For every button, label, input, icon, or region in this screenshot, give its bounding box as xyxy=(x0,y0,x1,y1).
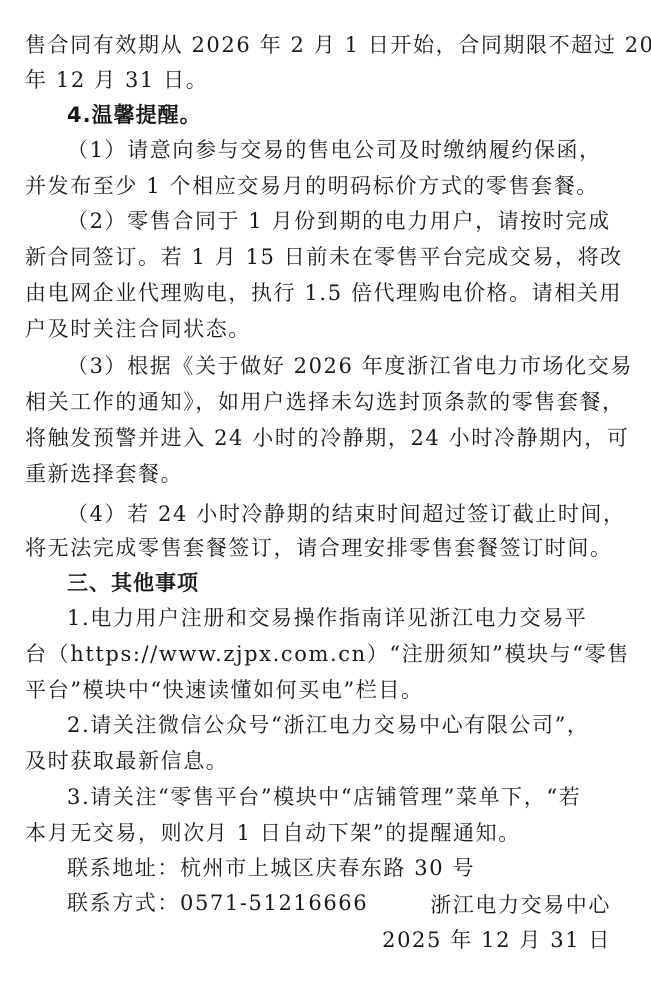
paragraph-line: 2.请关注微信公众号“浙江电力交易中心有限公司”， xyxy=(67,710,617,740)
paragraph-line: 平台”模块中“快速读懂如何买电”栏目。 xyxy=(25,675,617,705)
contact-address: 联系地址：杭州市上城区庆春东路 30 号 xyxy=(67,853,617,883)
section-heading-reminder: 4.温馨提醒。 xyxy=(67,100,617,130)
paragraph-line: 户及时关注合同状态。 xyxy=(25,314,617,344)
paragraph-line: 售合同有效期从 2026 年 2 月 1 日开始，合同期限不超过 2026 xyxy=(25,30,617,60)
paragraph-line: 本月无交易，则次月 1 日自动下架”的提醒通知。 xyxy=(25,818,617,848)
paragraph-line: （4）若 24 小时冷静期的结束时间超过签订截止时间， xyxy=(67,499,617,529)
paragraph-line: （3）根据《关于做好 2026 年度浙江省电力市场化交易 xyxy=(67,351,617,381)
paragraph-line: 3.请关注“零售平台”模块中“店铺管理”菜单下，“若 xyxy=(67,782,617,812)
signature-organization: 浙江电力交易中心 xyxy=(430,890,611,920)
paragraph-line: 重新选择套餐。 xyxy=(25,459,617,489)
paragraph-line: 将无法完成零售套餐签订，请合理安排零售套餐签订时间。 xyxy=(25,533,617,563)
paragraph-line: （1）请意向参与交易的售电公司及时缴纳履约保函， xyxy=(67,135,617,165)
paragraph-line: 台（https://www.zjpx.com.cn）“注册须知”模块与“零售 xyxy=(25,639,617,669)
paragraph-line: 及时获取最新信息。 xyxy=(25,746,617,776)
paragraph-line: 新合同签订。若 1 月 15 日前未在零售平台完成交易，将改 xyxy=(25,242,617,272)
document-page: 售合同有效期从 2026 年 2 月 1 日开始，合同期限不超过 2026 年 … xyxy=(0,0,651,1008)
paragraph-line: 将触发预警并进入 24 小时的冷静期，24 小时冷静期内，可 xyxy=(25,423,617,453)
paragraph-line: 并发布至少 1 个相应交易月的明码标价方式的零售套餐。 xyxy=(25,171,617,201)
paragraph-line: （2）零售合同于 1 月份到期的电力用户，请按时完成 xyxy=(67,206,617,236)
paragraph-line: 1.电力用户注册和交易操作指南详见浙江电力交易平 xyxy=(67,603,617,633)
paragraph-line: 相关工作的通知》，如用户选择未勾选封顶条款的零售套餐， xyxy=(25,387,617,417)
paragraph-line: 年 12 月 31 日。 xyxy=(25,65,617,95)
signature-date: 2025 年 12 月 31 日 xyxy=(382,925,611,955)
paragraph-line: 由电网企业代理购电，执行 1.5 倍代理购电价格。请相关用 xyxy=(25,278,617,308)
section-heading-other-matters: 三、其他事项 xyxy=(67,568,617,598)
